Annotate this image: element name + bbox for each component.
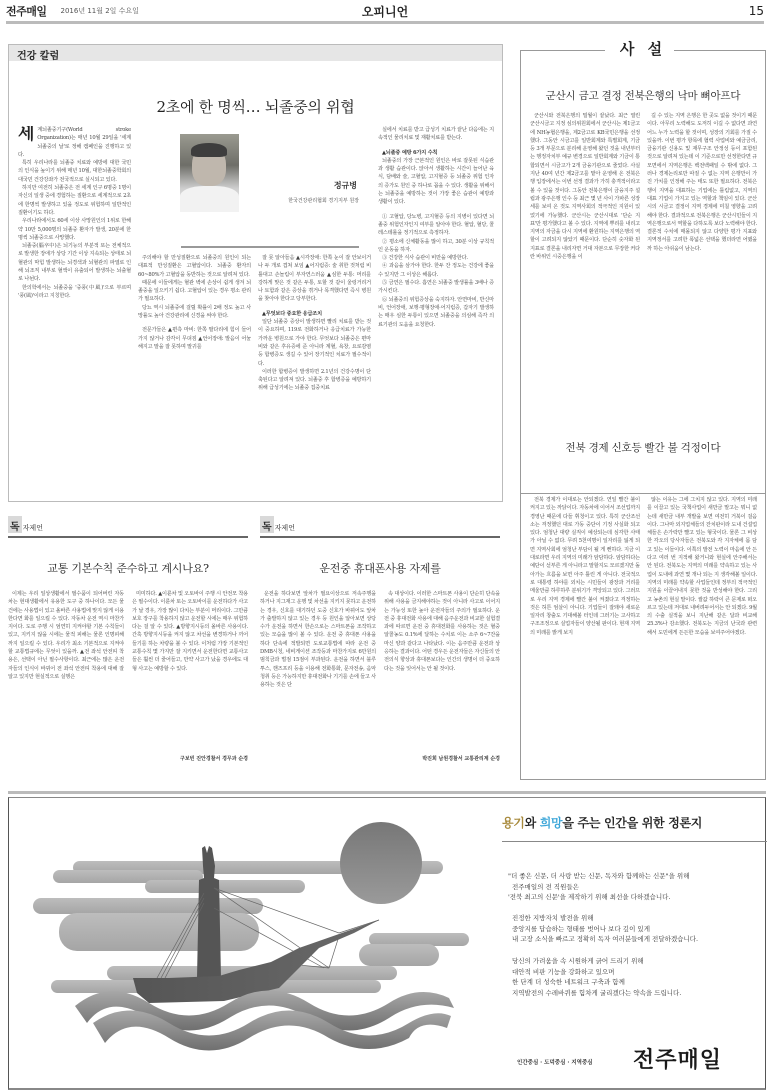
newspaper-brand: 전주매일	[6, 3, 47, 19]
reader-1-col-1: 이제는 우리 일상생활에서 필수품이 되어버린 자동차는 현대생활에서 유용한 …	[8, 590, 124, 762]
reader-letter-label: 독자제언	[8, 516, 248, 538]
section-divider	[8, 791, 766, 794]
ad-paragraph-2: 진정한 지방자치 발전을 위해 중앙지를 답습하는 형태를 벗어나 보다 깊이 …	[512, 913, 698, 945]
reader-1-col-2: 미미하다. ▲이륜차 및 오토바이 주행 시 안전모 착용은 필수이다. 이륜차…	[132, 590, 248, 752]
newspaper-logo: 전주매일	[633, 1043, 722, 1074]
editorial-2-col-1: 전북 경제가 이대로는 안되겠다. 연일 빨간 불이 켜지고 있는 까닭이다. …	[530, 496, 640, 766]
editorial-1-col-1: 군산시와 전북은행의 밀월이 끝났다. 최근 열린 군산시금고 지정 심의위원회…	[530, 112, 640, 412]
editorial-box-lower: 전북 경제가 이대로는 안되겠다. 연일 빨간 불이 켜지고 있는 까닭이다. …	[520, 494, 766, 780]
byline-divider	[181, 246, 359, 248]
editorial-title-2: 전북 경제 신호등 빨간 불 걱정이다	[521, 440, 765, 455]
editorial-box: 사 설 군산시 금고 결정 전북은행의 낙마 뼈아프다 군산시와 전북은행의 밀…	[520, 50, 766, 494]
health-column-label: 건강 칼럼	[9, 44, 502, 61]
reader-2-col-2: 속 대상이다. 이러한 스마트폰 사용이 단순히 단속을 위해 사용을 금지해야…	[384, 590, 500, 752]
reader-letter-2: 독자제언 운전중 휴대폰사용 자제를 운전을 하다보면 앞차가 필요이상으로 저…	[260, 516, 500, 762]
masthead-divider	[6, 21, 764, 24]
author-name: 정규병	[259, 180, 357, 191]
reader-2-col-1: 운전을 하다보면 앞차가 필요이상으로 저속주행을 하거나 지그재그 운행 및 …	[260, 590, 376, 762]
reader-letter-title: 운전중 휴대폰사용 자제를	[260, 560, 500, 576]
health-text-col-3: 잘 못 알아들음 ▲시각장애: 한쪽 눈이 잘 안보이거나 두 개로 겹쳐 보임…	[258, 254, 371, 496]
issue-date: 2016년 11월 2일 수요일	[61, 6, 139, 16]
page-number: 15	[749, 4, 764, 18]
ad-paragraph-3: 당신의 가려움을 속 시원하게 긁어 드리기 위해 대안적 비판 기능을 강화하…	[512, 956, 681, 998]
page-masthead: 전주매일 2016년 11월 2일 수요일 오피니언 15	[6, 0, 764, 22]
health-text-col-4: 실에서 치료를 받고 급성기 치료가 끝난 다음에는 지속적인 물리치료 및 재…	[378, 126, 494, 496]
reader-letter-title: 교통 기본수칙 준수하고 계시나요?	[8, 560, 248, 576]
reader-signature: 구보빈 진안경찰서 경무과 순경	[132, 755, 248, 762]
ad-headline: 용기와 희망을 주는 인간을 위한 정론지	[502, 814, 702, 831]
reader-letter-label: 독자제언	[260, 516, 500, 538]
reader-letter-1: 독자제언 교통 기본수칙 준수하고 계시나요? 이제는 우리 일상생활에서 필수…	[8, 516, 248, 762]
health-text-col-1: 세 계뇌졸중기구(World stroke Organization)는 매년 …	[18, 126, 131, 496]
editorial-2-col-2: 않는 이유는 그에 그치지 않고 있다. 지역의 미래를 이끌고 있는 국책사업…	[647, 496, 757, 766]
ad-paragraph-1: "더 좋은 신문, 더 사랑 받는 신문, 독자와 함께하는 신문"을 위해 전…	[508, 871, 689, 903]
author-role: 한국건강관리협회 경기지부 원장	[257, 197, 359, 204]
reader-signature: 박진희 남원경찰서 교통관리계 순경	[384, 755, 500, 762]
health-column-title: 2초에 한 명씩… 뇌졸중의 위협	[9, 96, 502, 117]
dropcap: 세	[18, 126, 34, 143]
editorial-label: 사 설	[521, 38, 765, 59]
editorial-title-1: 군산시 금고 결정 전북은행의 낙마 뼈아프다	[521, 88, 765, 103]
health-column: 건강 칼럼 2초에 한 명씩… 뇌졸중의 위협 세 계뇌졸중기구(World s…	[8, 44, 503, 502]
health-text-col-2: 주의해야 할 만성질환으로 뇌졸중의 원인이 되는 대표적 만성질환은 고혈압이…	[138, 254, 251, 496]
ad-headline-rule	[502, 841, 767, 842]
editorial-1-col-2: 길 수 있는 지역 은행은 한 곳도 없을 것이기 때문이다. 아무리 노력해도…	[647, 112, 757, 412]
ad-slogan: 인간중심 · 도덕중심 · 지역중심	[517, 1058, 593, 1066]
author-photo	[180, 134, 239, 212]
